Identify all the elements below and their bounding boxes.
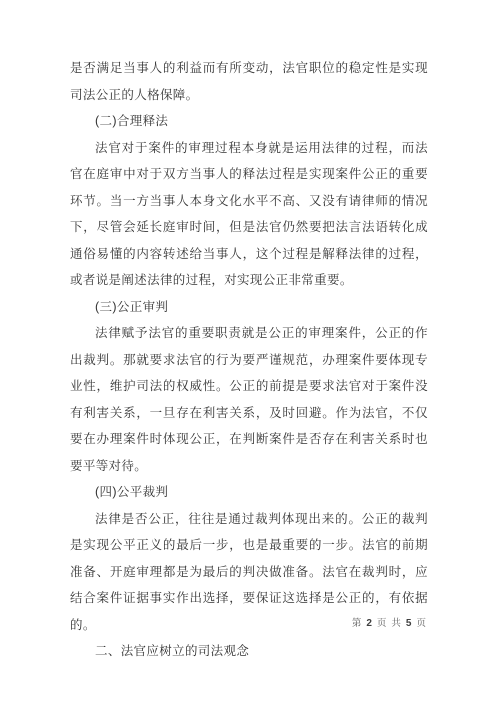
subheading-gongping-caipan: (四)公平裁判 <box>70 479 428 506</box>
footer-label-prefix: 第 <box>352 616 362 632</box>
footer-label-total-unit: 页 <box>416 616 426 632</box>
document-page: 是否满足当事人的利益而有所变动，法官职位的稳定性是实现司法公正的人格保障。 (二… <box>0 0 500 708</box>
paragraph-continuation: 是否满足当事人的利益而有所变动，法官职位的稳定性是实现司法公正的人格保障。 <box>70 55 428 108</box>
subheading-helifa: (二)合理释法 <box>70 108 428 135</box>
section-heading-sifa-guannian: 二、法官应树立的司法观念 <box>70 638 428 665</box>
paragraph-gongzheng-shenpan: 法律赋予法官的重要职责就是公正的审理案件，公正的作出裁判。那就要求法官的行为要严… <box>70 320 428 479</box>
footer-total-pages-number: 5 <box>406 616 412 632</box>
document-body: 是否满足当事人的利益而有所变动，法官职位的稳定性是实现司法公正的人格保障。 (二… <box>70 55 428 665</box>
footer-current-page-number: 2 <box>366 616 372 632</box>
subheading-gongzheng-shenpan: (三)公正审判 <box>70 294 428 321</box>
paragraph-helifa: 法官对于案件的审理过程本身就是运用法律的过程，而法官在庭审中对于双方当事人的释法… <box>70 135 428 294</box>
footer-label-page-unit: 页 <box>377 616 387 632</box>
footer-label-total: 共 <box>391 616 401 632</box>
page-number-footer: 第 2 页 共 5 页 <box>352 616 426 632</box>
